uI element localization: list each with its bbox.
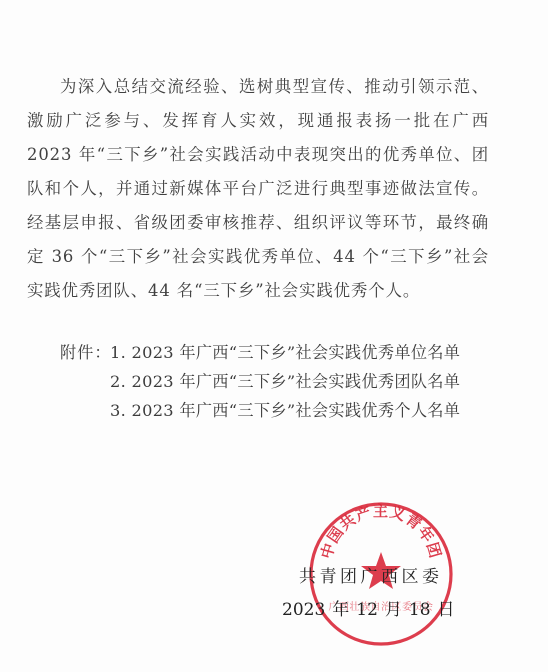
attachment-row-2: 2. 2023 年广西“三下乡”社会实践优秀团队名单 [60,367,460,396]
attachment-row-1: 附件： 1. 2023 年广西“三下乡”社会实践优秀单位名单 [60,338,460,367]
date-month-unit: 月 [385,595,402,620]
attachments-label-spacer [60,367,110,396]
document-page: 为深入总结交流经验、选树典型宣传、推动引领示范、激励广泛参与、发挥育人实效，现通… [0,0,548,672]
date-month: 12 [356,600,378,620]
attachments-label: 附件： [60,338,110,367]
notice-paragraph: 为深入总结交流经验、选树典型宣传、推动引领示范、激励广泛参与、发挥育人实效，现通… [27,70,489,308]
date-year: 2023 [282,600,325,620]
stamp-top-text: 中国共产主义青年团 [317,502,444,561]
date-day-unit: 日 [438,595,455,620]
attachment-item: 3. 2023 年广西“三下乡”社会实践优秀个人名单 [110,396,460,425]
attachment-item: 1. 2023 年广西“三下乡”社会实践优秀单位名单 [110,338,460,367]
attachments-list: 附件： 1. 2023 年广西“三下乡”社会实践优秀单位名单 2. 2023 年… [60,338,460,425]
svg-text:中国共产主义青年团: 中国共产主义青年团 [317,502,444,561]
issuer-signature: 共青团广西区委 [299,562,443,587]
date-day: 18 [409,600,431,620]
issue-date: 2023年12月18日 [282,595,455,620]
attachment-row-3: 3. 2023 年广西“三下乡”社会实践优秀个人名单 [60,396,460,425]
attachments-label-spacer [60,396,110,425]
attachment-item: 2. 2023 年广西“三下乡”社会实践优秀团队名单 [110,367,460,396]
date-year-unit: 年 [332,595,349,620]
